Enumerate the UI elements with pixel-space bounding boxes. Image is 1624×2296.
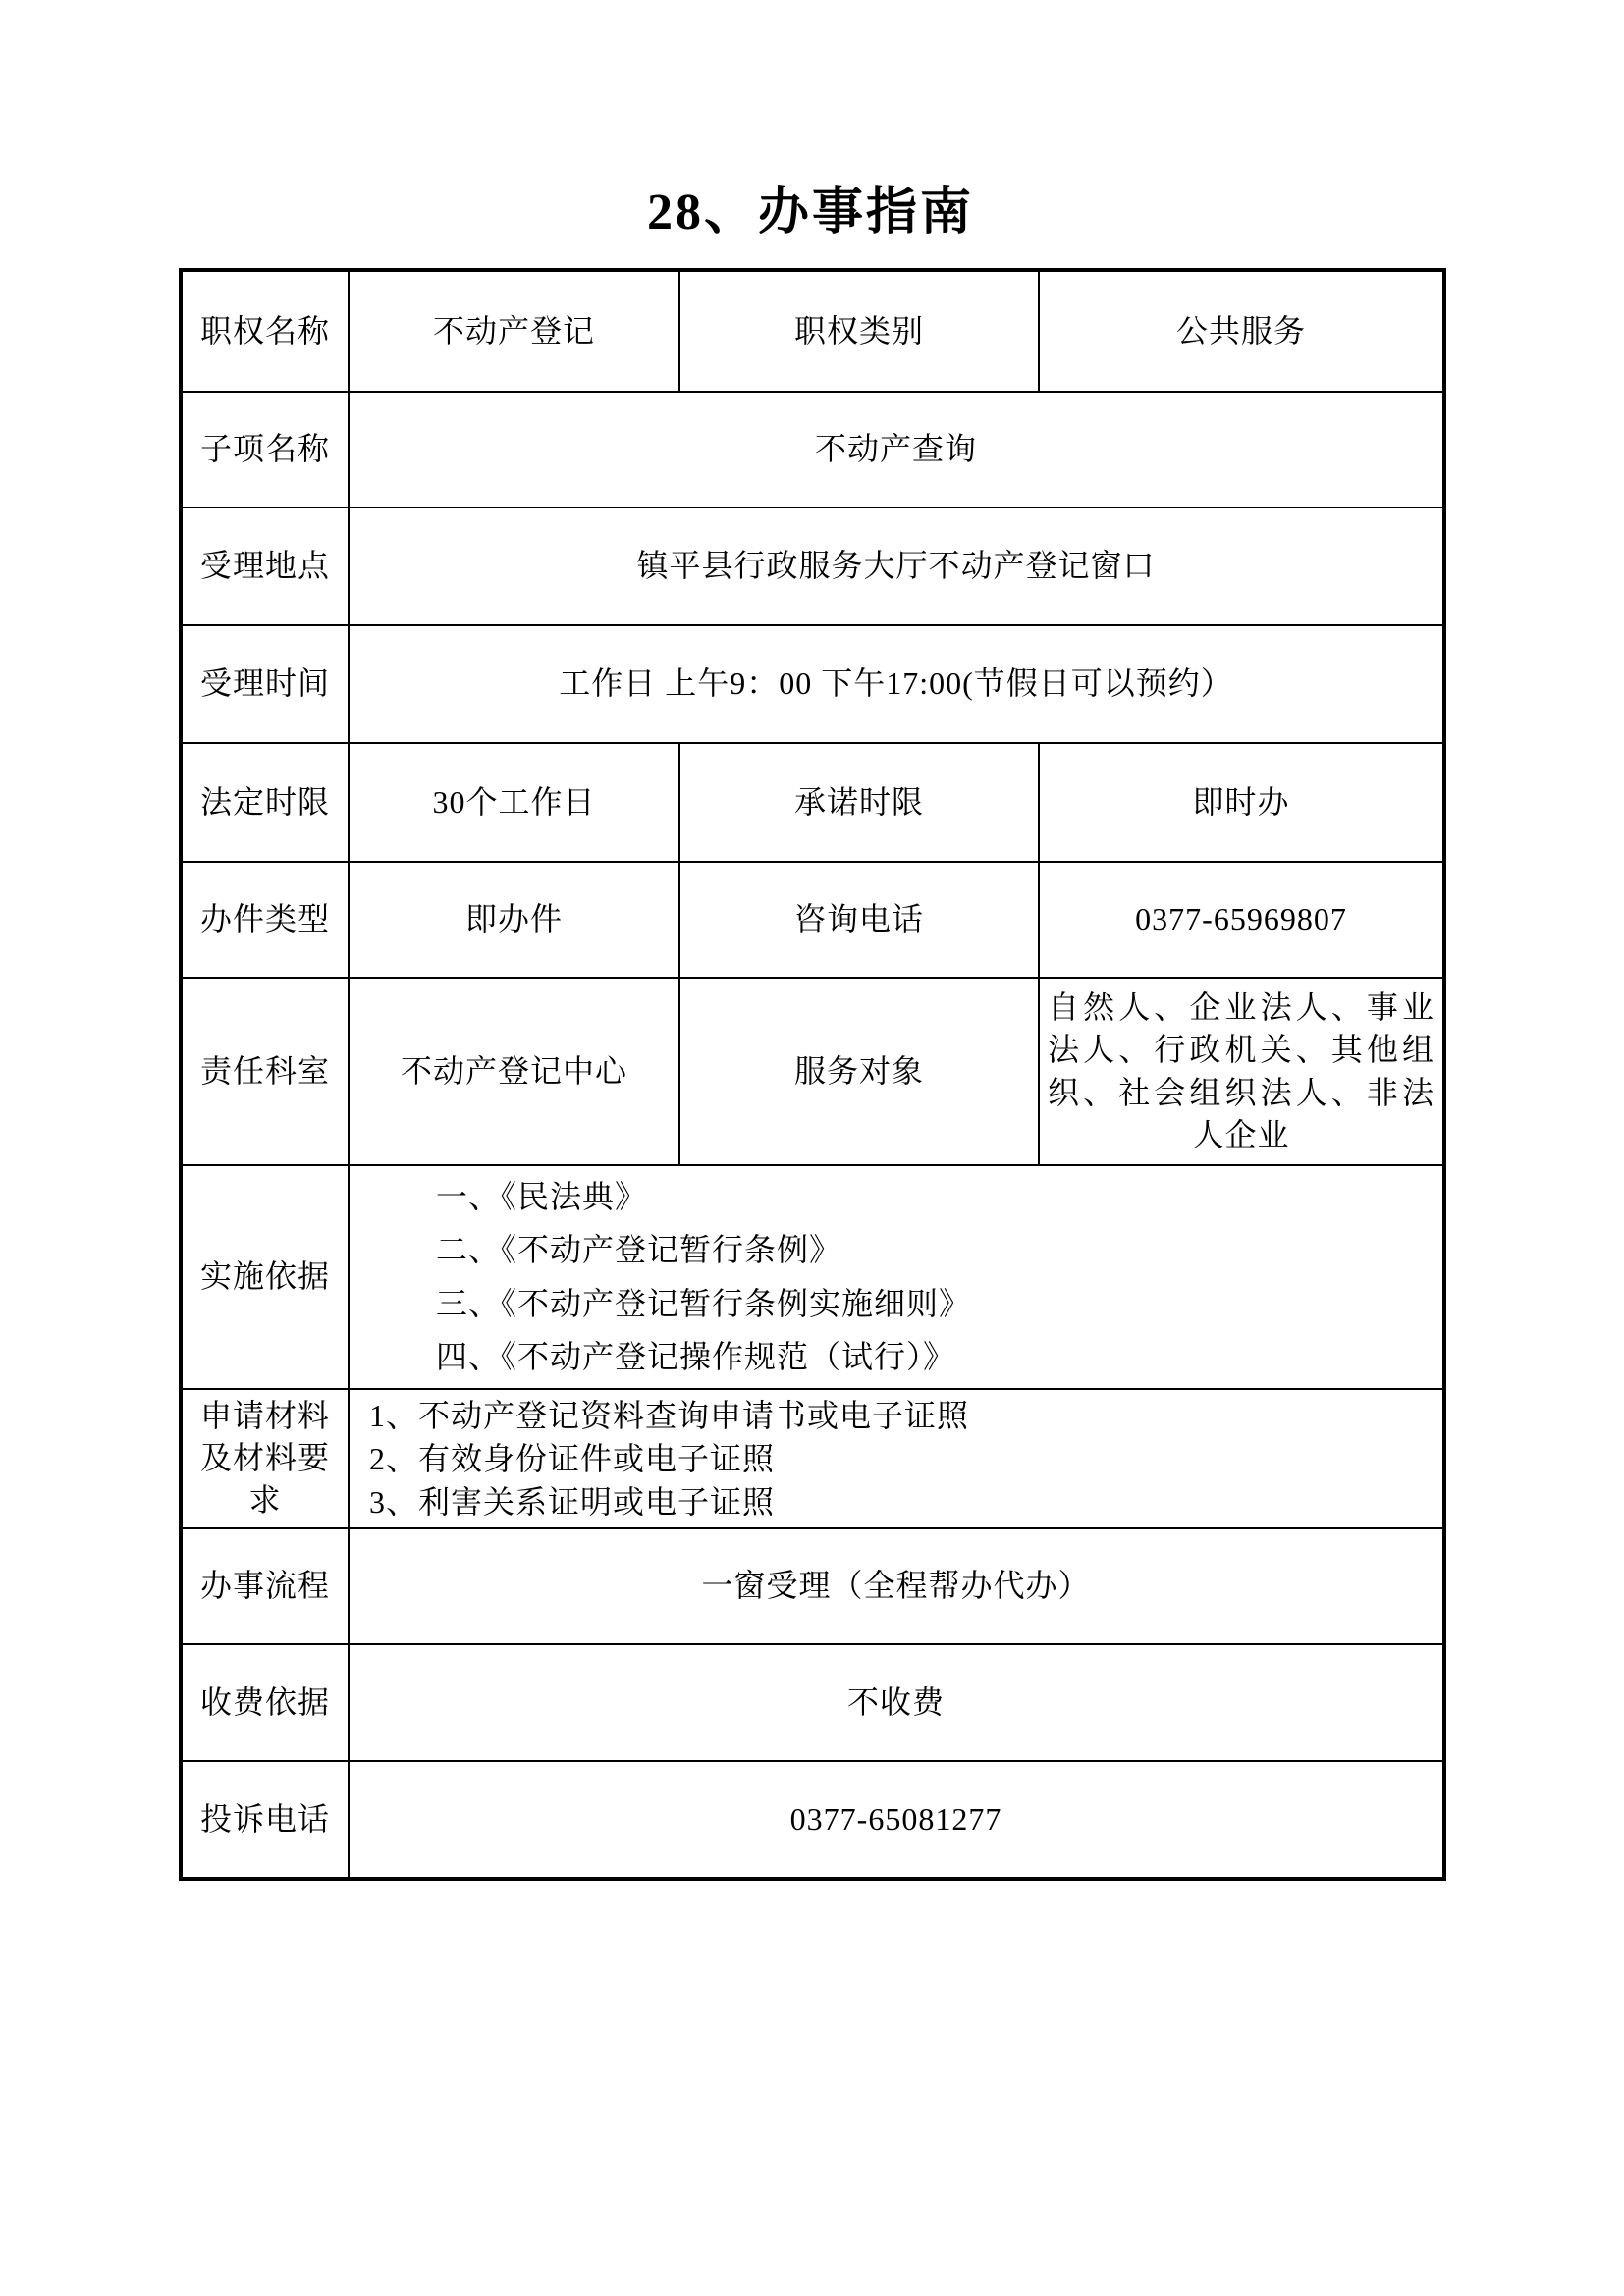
materials-label-text: 申请材料及材料要求 — [197, 1395, 333, 1522]
process-label: 办事流程 — [181, 1528, 349, 1644]
subitem-label: 子项名称 — [181, 392, 349, 507]
promised-limit-value: 即时办 — [1039, 743, 1444, 862]
location-label: 受理地点 — [181, 507, 349, 625]
subitem-value: 不动产查询 — [349, 392, 1444, 507]
table-row-location: 受理地点 镇平县行政服务大厅不动产登记窗口 — [181, 507, 1444, 625]
table-row-case-type: 办件类型 即办件 咨询电话 0377-65969807 — [181, 862, 1444, 978]
service-guide-table: 职权名称 不动产登记 职权类别 公共服务 子项名称 不动产查询 受理地点 镇平县… — [179, 268, 1446, 1881]
service-target-value: 自然人、企业法人、事业法人、行政机关、其他组织、社会组织法人、非法人企业 — [1039, 978, 1444, 1165]
materials-items: 1、不动产登记资料查询申请书或电子证照2、有效身份证件或电子证照3、利害关系证明… — [357, 1394, 1435, 1523]
table-row-fee-basis: 收费依据 不收费 — [181, 1644, 1444, 1761]
responsible-dept-label: 责任科室 — [181, 978, 349, 1165]
complaint-phone-label: 投诉电话 — [181, 1761, 349, 1879]
hours-label: 受理时间 — [181, 625, 349, 743]
authority-category-label: 职权类别 — [679, 270, 1039, 392]
legal-limit-value: 30个工作日 — [349, 743, 679, 862]
fee-basis-value: 不收费 — [349, 1644, 1444, 1761]
table-row-materials: 申请材料及材料要求 1、不动产登记资料查询申请书或电子证照2、有效身份证件或电子… — [181, 1389, 1444, 1528]
consult-phone-value: 0377-65969807 — [1039, 862, 1444, 978]
hours-value: 工作日 上午9：00 下午17:00(节假日可以预约） — [349, 625, 1444, 743]
fee-basis-label: 收费依据 — [181, 1644, 349, 1761]
location-value: 镇平县行政服务大厅不动产登记窗口 — [349, 507, 1444, 625]
case-type-value: 即办件 — [349, 862, 679, 978]
authority-category-value: 公共服务 — [1039, 270, 1444, 392]
list-line: 三、《不动产登记暂行条例实施细则》 — [357, 1277, 1435, 1330]
legal-basis-list: 一、《民法典》二、《不动产登记暂行条例》三、《不动产登记暂行条例实施细则》四、《… — [349, 1165, 1444, 1389]
promised-limit-label: 承诺时限 — [679, 743, 1039, 862]
complaint-phone-value: 0377-65081277 — [349, 1761, 1444, 1879]
list-line: 二、《不动产登记暂行条例》 — [357, 1223, 1435, 1276]
responsible-dept-value: 不动产登记中心 — [349, 978, 679, 1165]
list-line: 3、利害关系证明或电子证照 — [357, 1480, 1435, 1523]
table-row-complaint-phone: 投诉电话 0377-65081277 — [181, 1761, 1444, 1879]
legal-basis-label: 实施依据 — [181, 1165, 349, 1389]
table-row-process: 办事流程 一窗受理（全程帮办代办） — [181, 1528, 1444, 1644]
consult-phone-label: 咨询电话 — [679, 862, 1039, 978]
list-line: 1、不动产登记资料查询申请书或电子证照 — [357, 1394, 1435, 1437]
list-line: 四、《不动产登记操作规范（试行）》 — [357, 1330, 1435, 1383]
materials-label: 申请材料及材料要求 — [181, 1389, 349, 1528]
table-row-authority: 职权名称 不动产登记 职权类别 公共服务 — [181, 270, 1444, 392]
list-line: 一、《民法典》 — [357, 1170, 1435, 1223]
materials-list: 1、不动产登记资料查询申请书或电子证照2、有效身份证件或电子证照3、利害关系证明… — [349, 1389, 1444, 1528]
table-row-subitem: 子项名称 不动产查询 — [181, 392, 1444, 507]
legal-basis-items: 一、《民法典》二、《不动产登记暂行条例》三、《不动产登记暂行条例实施细则》四、《… — [357, 1170, 1435, 1384]
page-title: 28、办事指南 — [179, 183, 1442, 243]
authority-name-label: 职权名称 — [181, 270, 349, 392]
table-row-time-limits: 法定时限 30个工作日 承诺时限 即时办 — [181, 743, 1444, 862]
list-line: 2、有效身份证件或电子证照 — [357, 1437, 1435, 1480]
case-type-label: 办件类型 — [181, 862, 349, 978]
service-target-label: 服务对象 — [679, 978, 1039, 1165]
table-row-legal-basis: 实施依据 一、《民法典》二、《不动产登记暂行条例》三、《不动产登记暂行条例实施细… — [181, 1165, 1444, 1389]
authority-name-value: 不动产登记 — [349, 270, 679, 392]
table-row-responsible-dept: 责任科室 不动产登记中心 服务对象 自然人、企业法人、事业法人、行政机关、其他组… — [181, 978, 1444, 1165]
table-row-hours: 受理时间 工作日 上午9：00 下午17:00(节假日可以预约） — [181, 625, 1444, 743]
process-value: 一窗受理（全程帮办代办） — [349, 1528, 1444, 1644]
legal-limit-label: 法定时限 — [181, 743, 349, 862]
document-page: 28、办事指南 职权名称 不动产登记 职权类别 公共服务 子项名称 不动产查询 … — [0, 0, 1624, 2296]
